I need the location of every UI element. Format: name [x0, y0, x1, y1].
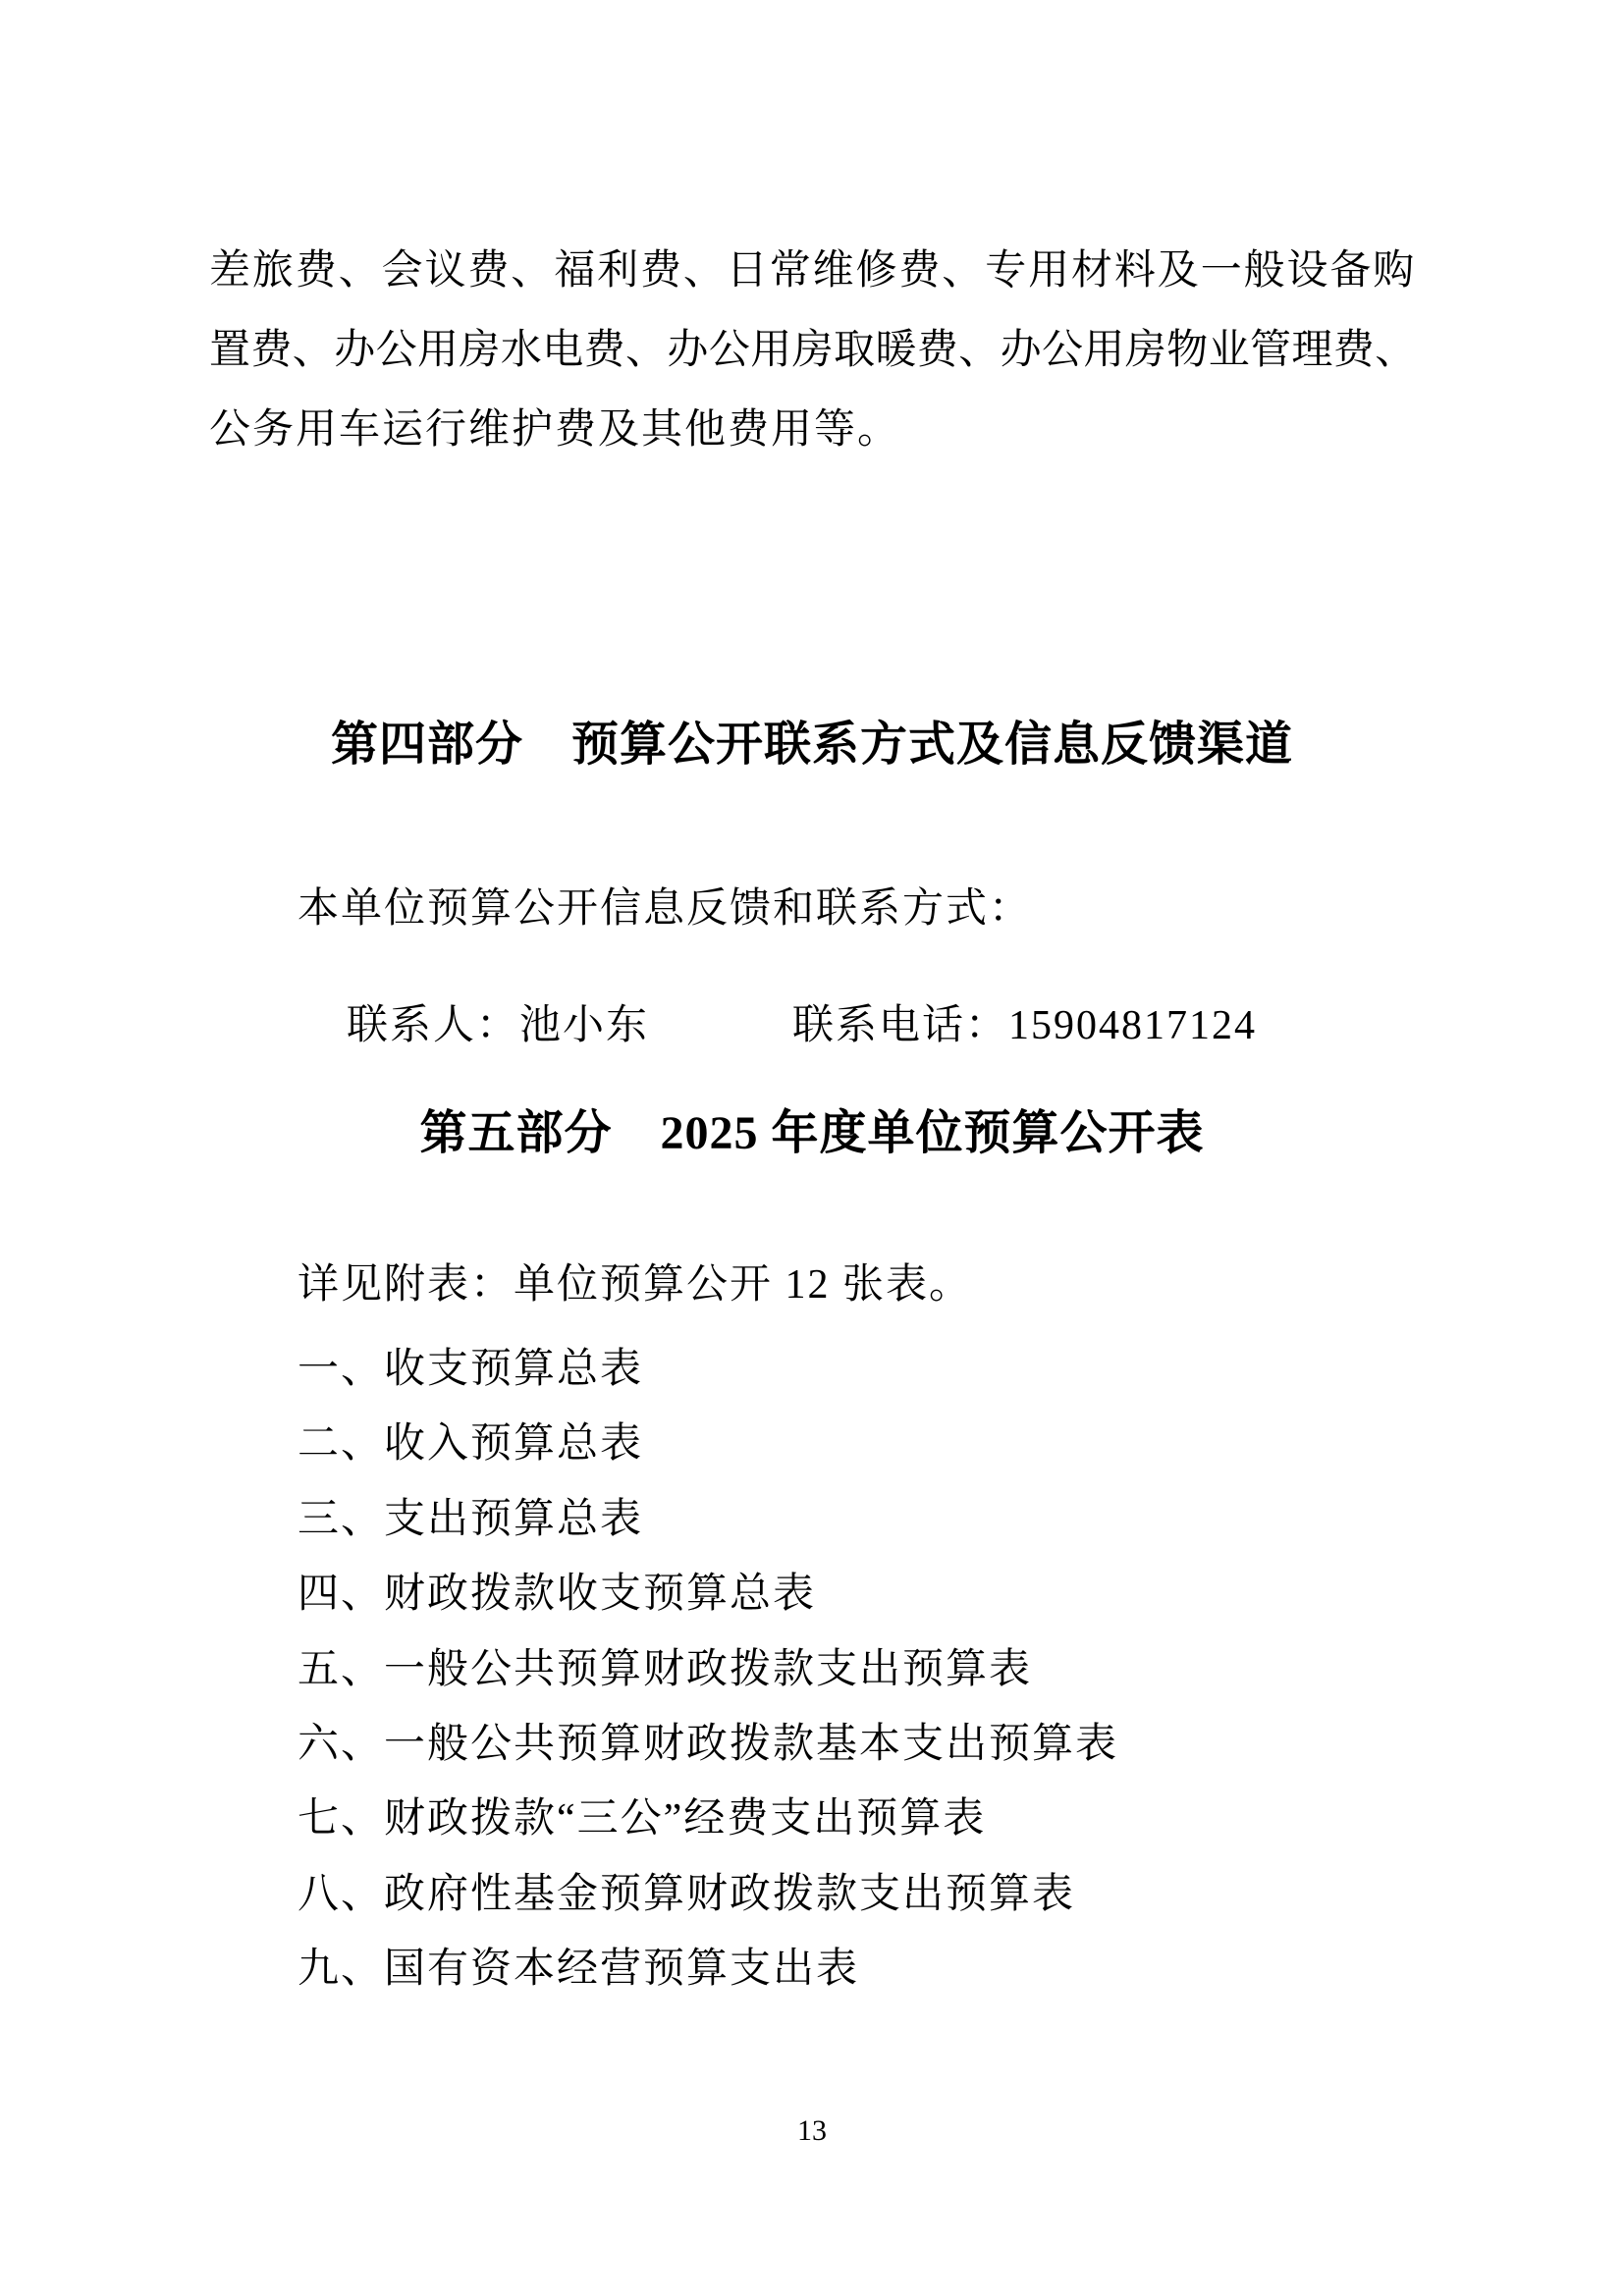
page-number: 13 — [0, 2116, 1624, 2146]
document-page: 差旅费、会议费、福利费、日常维修费、专用材料及一般设备购 置费、办公用房水电费、… — [0, 0, 1624, 2296]
table-list-item-3: 三、支出预算总表 — [298, 1499, 643, 1540]
contact-phone: 联系电话：15904817124 — [792, 1003, 1257, 1048]
paragraph-line-3: 公务用车运行维护费及其他费用等。 — [209, 409, 900, 451]
contact-line: 联系人：池小东联系电话：15904817124 — [298, 964, 1257, 1088]
table-list-item-8: 八、政府性基金预算财政拨款支出预算表 — [298, 1874, 1075, 1915]
table-list-item-2: 二、收入预算总表 — [298, 1423, 643, 1465]
section5-heading: 第五部分 2025 年度单位预算公开表 — [0, 1110, 1624, 1157]
table-list-item-4: 四、财政拨款收支预算总表 — [298, 1574, 816, 1615]
table-list-item-6: 六、一般公共预算财政拨款基本支出预算表 — [298, 1724, 1118, 1765]
section4-intro: 本单位预算公开信息反馈和联系方式： — [298, 888, 1032, 930]
table-list-item-5: 五、一般公共预算财政拨款支出预算表 — [298, 1649, 1032, 1690]
paragraph-line-1: 差旅费、会议费、福利费、日常维修费、专用材料及一般设备购 — [209, 250, 1416, 292]
paragraph-line-2: 置费、办公用房水电费、办公用房取暖费、办公用房物业管理费、 — [209, 330, 1417, 371]
table-list-item-9: 九、国有资本经营预算支出表 — [298, 1949, 859, 1990]
contact-person: 联系人：池小东 — [347, 1003, 649, 1048]
table-list-item-7: 七、财政拨款“三公”经费支出预算表 — [298, 1798, 986, 1840]
section5-intro: 详见附表：单位预算公开 12 张表。 — [298, 1264, 972, 1306]
table-list-item-1: 一、收支预算总表 — [298, 1349, 643, 1390]
section4-heading: 第四部分 预算公开联系方式及信息反馈渠道 — [0, 721, 1624, 769]
